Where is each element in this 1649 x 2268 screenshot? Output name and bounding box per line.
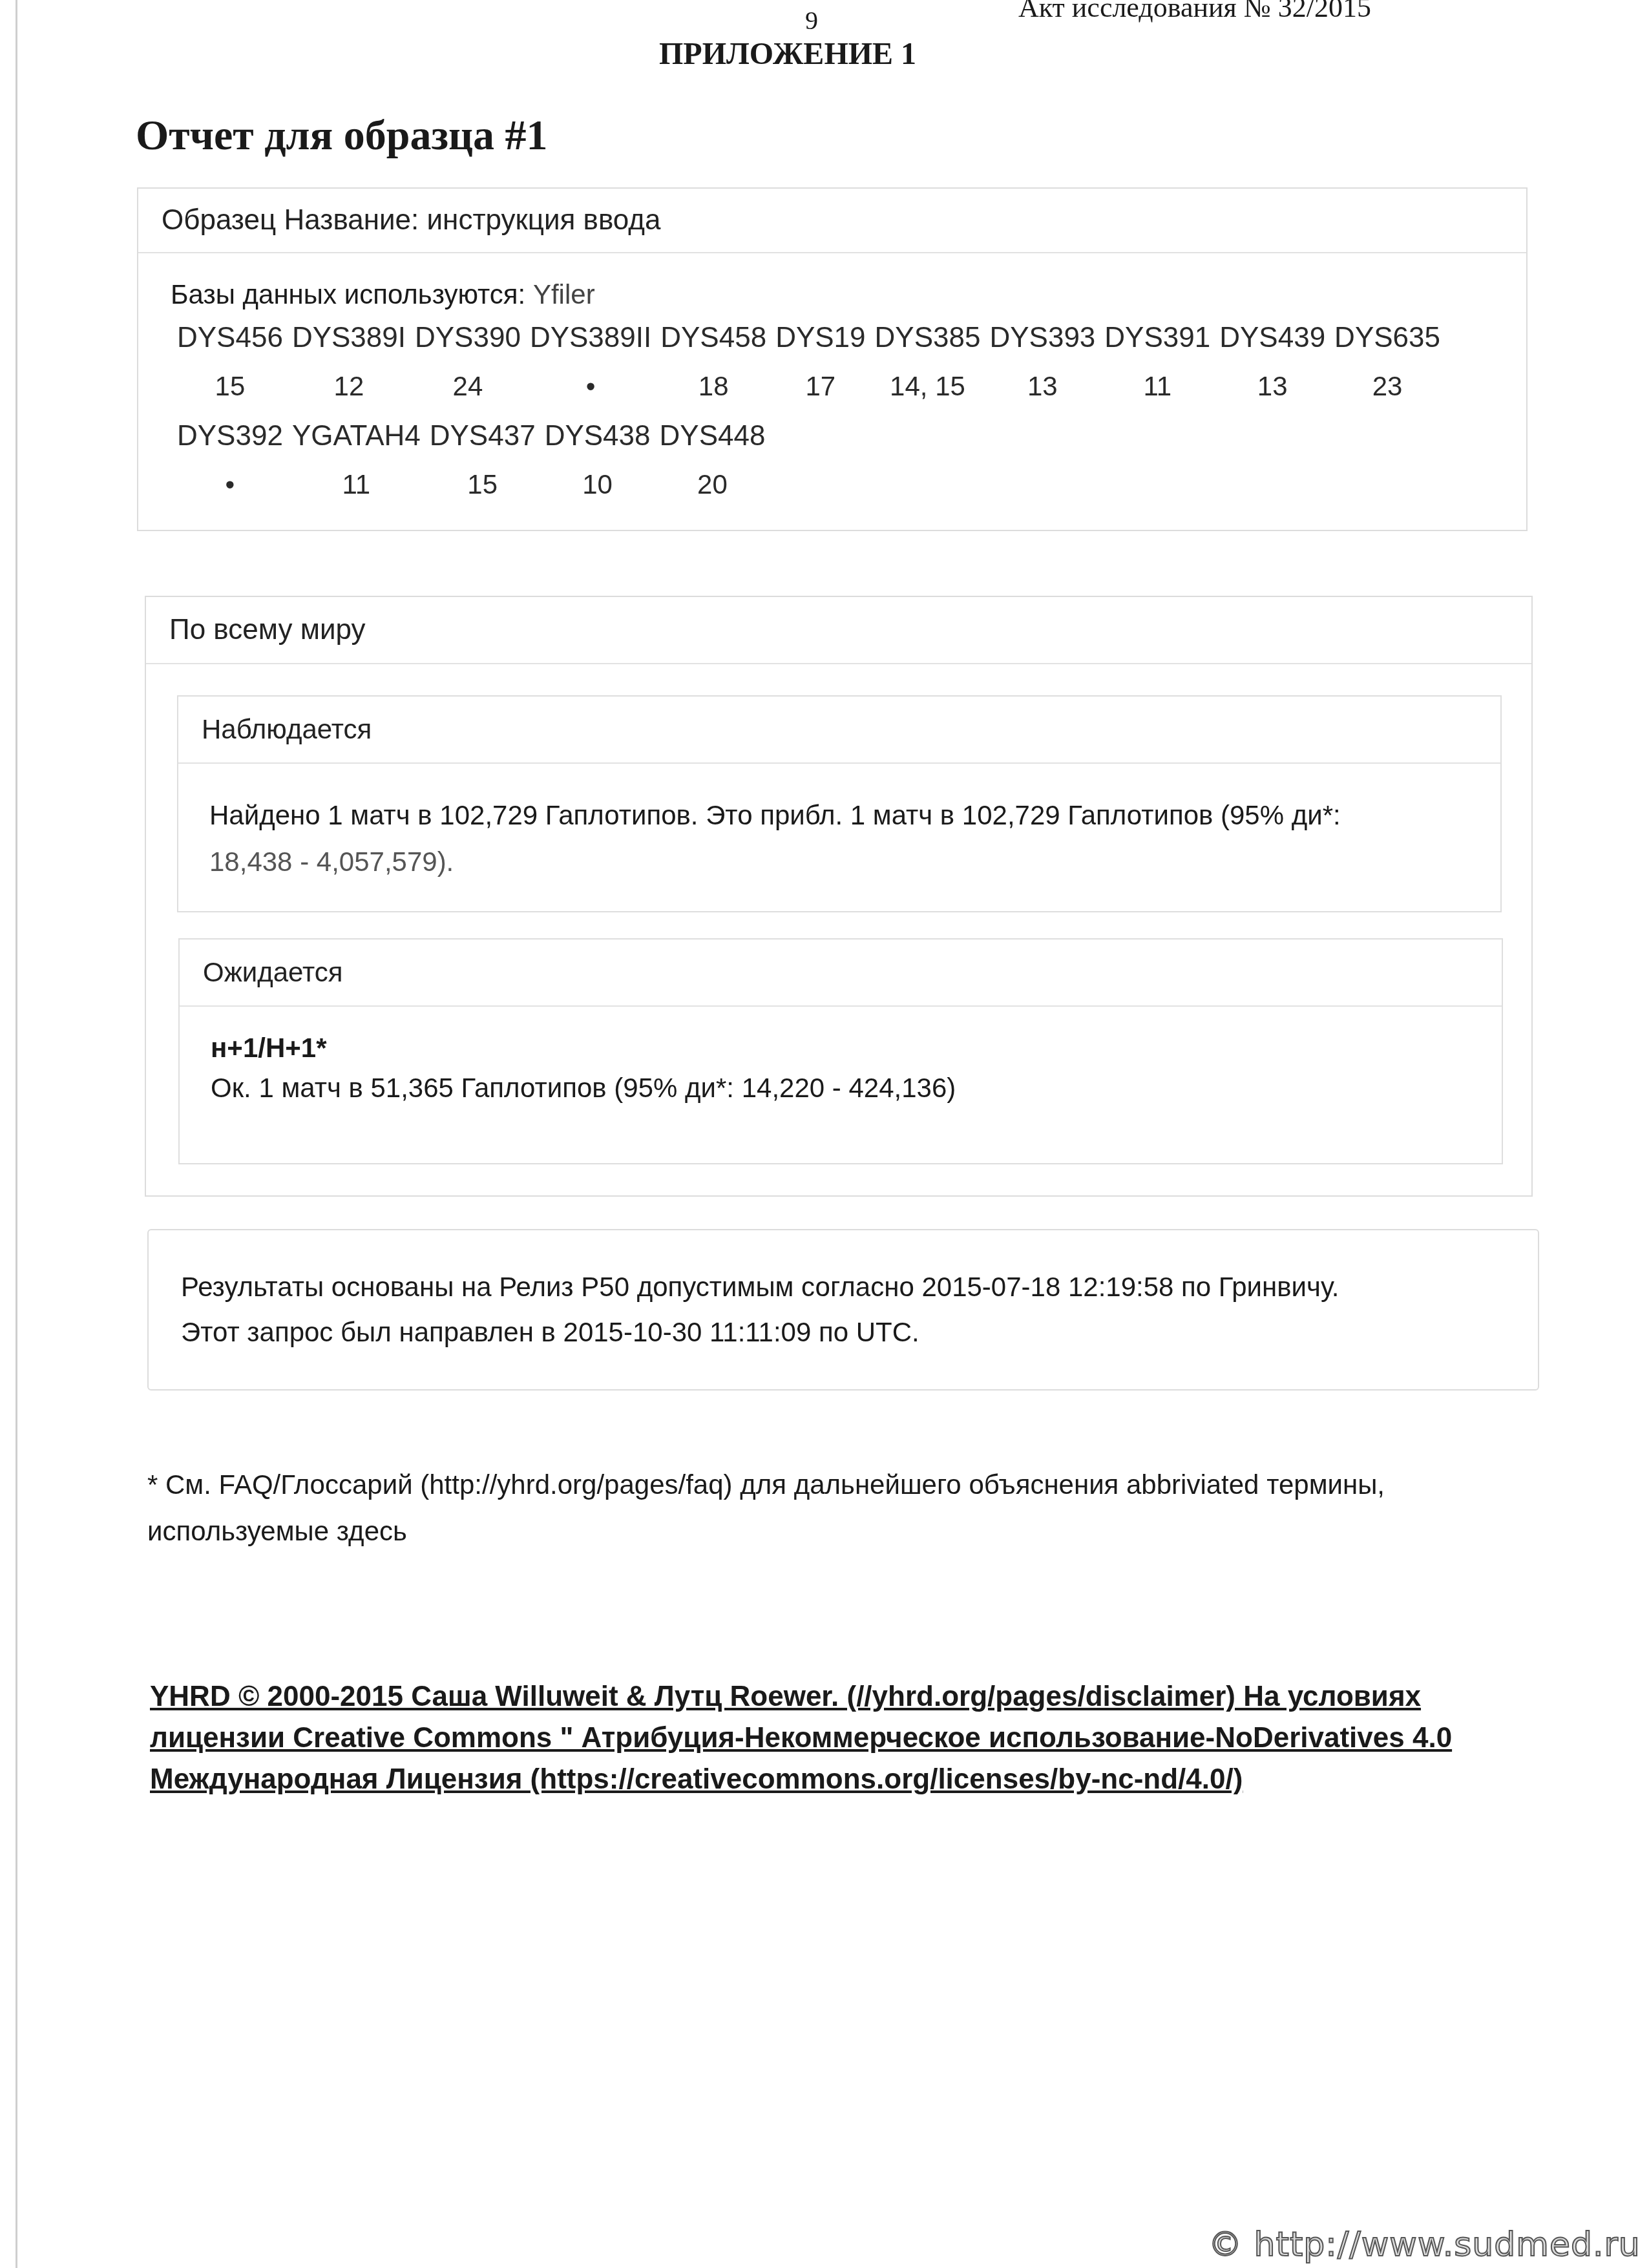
locus-name: YGATAH4 [292,420,421,452]
watermark: © http://www.sudmed.ru [1208,2225,1641,2264]
locus-name: DYS448 [660,420,766,452]
locus-name: DYS393 [989,322,1095,354]
locus-name: DYS391 [1104,322,1210,354]
observed-main: Найдено 1 матч в 102,729 Гаплотипов. Это… [209,800,1341,830]
locus-name: DYS19 [775,322,865,354]
locus-column: DYS45818 [660,322,766,402]
observed-panel: Наблюдается Найдено 1 матч в 102,729 Гап… [177,695,1502,912]
report-title: Отчет для образца #1 [136,111,548,160]
database-line: Базы данных используются: Yfiler [171,279,595,310]
locus-value: 11 [342,469,371,500]
locus-name: DYS389II [530,322,651,354]
locus-column: YGATAH411 [292,420,421,500]
worldwide-panel: По всему миру Наблюдается Найдено 1 матч… [145,596,1533,1197]
locus-value: 15 [467,469,498,500]
locus-name: DYS385 [875,322,981,354]
locus-column: DYS39313 [989,322,1095,402]
locus-name: DYS456 [177,322,283,354]
info-panel: Результаты основаны на Релиз P50 допусти… [147,1229,1539,1391]
scan-edge [16,0,17,2268]
locus-value: 13 [1027,371,1058,402]
locus-column: DYS43913 [1219,322,1325,402]
locus-name: DYS390 [415,322,521,354]
footnote: * См. FAQ/Глоссарий (http://yhrd.org/pag… [147,1462,1491,1555]
locus-value: 15 [215,371,246,402]
locus-name: DYS392 [177,420,283,452]
locus-column: DYS39024 [415,322,521,402]
act-reference: Акт исследования № 32/2015 [1018,0,1371,24]
locus-column: DYS389II• [530,322,651,402]
locus-column: DYS43810 [545,420,651,500]
locus-name: DYS458 [660,322,766,354]
locus-value: 13 [1257,371,1288,402]
sample-name: Образец Название: инструкция ввода [138,189,1526,253]
locus-name: DYS635 [1334,322,1440,354]
locus-column: DYS389I12 [292,322,406,402]
page-number: 9 [805,5,818,36]
sample-panel: Образец Название: инструкция ввода Базы … [137,187,1528,531]
worldwide-title: По всему миру [146,597,1531,664]
license-link[interactable]: YHRD © 2000-2015 Саша Willuweit & Лутц R… [150,1676,1507,1800]
expected-panel: Ожидается н+1/Н+1* Ок. 1 матч в 51,365 Г… [178,938,1503,1164]
locus-column: DYS43715 [430,420,536,500]
database-value: Yfiler [533,279,595,310]
expected-formula: н+1/Н+1* [211,1033,326,1064]
release-info: Результаты основаны на Релиз P50 допусти… [181,1272,1339,1303]
locus-name: DYS439 [1219,322,1325,354]
appendix-heading: ПРИЛОЖЕНИЕ 1 [659,36,916,72]
locus-value: 20 [697,469,728,500]
locus-value: 12 [334,371,364,402]
locus-name: DYS389I [292,322,406,354]
locus-value: 14, 15 [890,371,965,402]
locus-value: 17 [805,371,835,402]
loci-row-2: DYS392•YGATAH411DYS43715DYS43810DYS44820 [177,420,774,500]
database-label: Базы данных используются: [171,279,525,310]
locus-column: DYS39111 [1104,322,1210,402]
expected-title: Ожидается [180,940,1502,1007]
locus-column: DYS1917 [775,322,865,402]
locus-value: • [226,469,235,500]
locus-value: 24 [453,371,483,402]
locus-value: 23 [1372,371,1403,402]
query-info: Этот запрос был направлен в 2015-10-30 1… [181,1317,919,1348]
observed-ci: 18,438 - 4,057,579). [209,846,454,877]
observed-title: Наблюдается [178,697,1500,764]
locus-name: DYS438 [545,420,651,452]
locus-column: DYS63523 [1334,322,1440,402]
locus-column: DYS392• [177,420,283,500]
locus-value: 18 [698,371,729,402]
locus-value: 11 [1143,371,1171,402]
loci-row-1: DYS45615DYS389I12DYS39024DYS389II•DYS458… [177,322,1449,402]
observed-text: Найдено 1 матч в 102,729 Гаплотипов. Это… [209,792,1475,885]
locus-name: DYS437 [430,420,536,452]
locus-column: DYS44820 [660,420,766,500]
locus-value: 10 [582,469,613,500]
expected-text: Ок. 1 матч в 51,365 Гаплотипов (95% ди*:… [211,1073,956,1104]
locus-value: • [586,371,596,402]
locus-column: DYS45615 [177,322,283,402]
locus-column: DYS38514, 15 [875,322,981,402]
